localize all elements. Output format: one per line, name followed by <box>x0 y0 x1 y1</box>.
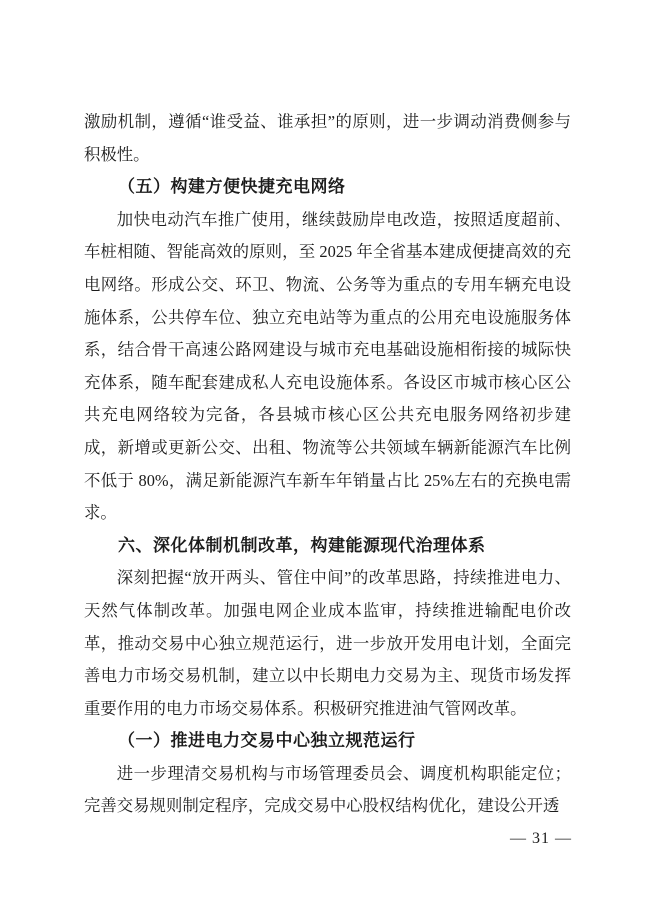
chapter-heading-six-reform: 六、深化体制机制改革，构建能源现代治理体系 <box>84 530 571 563</box>
paragraph-charging-network: 加快电动汽车推广使用，继续鼓励岸电改造，按照适度超前、车桩相随、智能高效的原则，… <box>84 204 571 530</box>
document-page: 激励机制，遵循“谁受益、谁承担”的原则，进一步调动消费侧参与积极性。 （五）构建… <box>0 0 650 919</box>
paragraph-continued-incentive: 激励机制，遵循“谁受益、谁承担”的原则，进一步调动消费侧参与积极性。 <box>84 106 571 171</box>
paragraph-trading-center: 进一步理清交易机构与市场管理委员会、调度机构职能定位；完善交易规则制定程序，完成… <box>84 758 571 823</box>
section-heading-five-charging-network: （五）构建方便快捷充电网络 <box>84 171 571 204</box>
document-body: 激励机制，遵循“谁受益、谁承担”的原则，进一步调动消费侧参与积极性。 （五）构建… <box>84 106 571 823</box>
page-number: — 31 — <box>510 830 572 848</box>
paragraph-system-reform: 深刻把握“放开两头、管住中间”的改革思路，持续推进电力、天然气体制改革。加强电网… <box>84 562 571 725</box>
section-heading-one-trading-center: （一）推进电力交易中心独立规范运行 <box>84 725 571 758</box>
